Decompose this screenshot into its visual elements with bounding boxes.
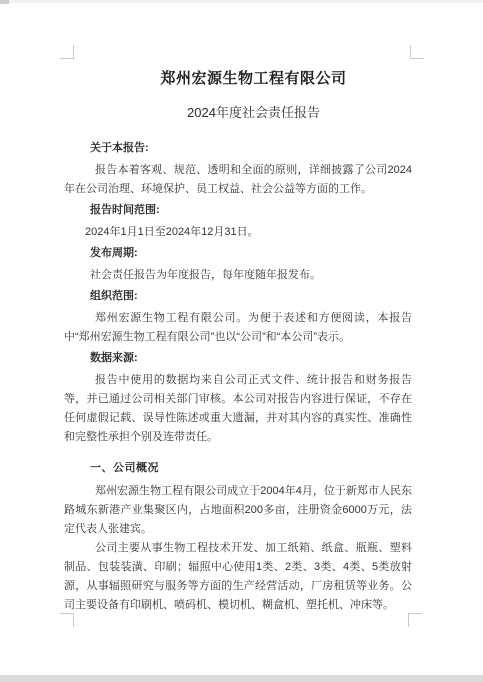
report-section: 组织范围:郑州宏源生物工程有限公司。为便于表述和方便阅读，本报告中“郑州宏源生物… [64,287,412,347]
report-section: 数据来源:报告中使用的数据均来自公司正式文件、统计报告和财务报告等，并已通过公司… [64,349,412,447]
section-paragraph: 社会责任报告为年度报告，每年度随年报发布。 [64,266,412,285]
section-heading: 关于本报告: [64,139,412,158]
text-boundary-mark-top-left [60,45,74,59]
report-section: 发布周期:社会责任报告为年度报告，每年度随年报发布。 [64,244,412,285]
section-paragraph: 郑州宏源生物工程有限公司成立于2004年4月，位于新郑市人民东路城东新港产业集聚… [64,482,412,539]
section-paragraph: 2024年1月1日至2024年12月31日。 [64,223,412,242]
page-top-strip [0,0,483,3]
section-heading: 发布周期: [64,244,412,263]
text-boundary-mark-bottom-right [408,613,422,627]
section-heading: 组织范围: [64,287,412,306]
section-heading: 一、公司概况 [64,459,412,478]
document-page: 郑州宏源生物工程有限公司 2024年度社会责任报告 关于本报告:报告本着客观、规… [0,0,483,682]
section-heading: 报告时间范围: [64,201,412,220]
text-boundary-mark-bottom-left [60,613,74,627]
section-paragraph: 报告中使用的数据均来自公司正式文件、统计报告和财务报告等，并已通过公司相关部门审… [64,371,412,447]
section-heading: 数据来源: [64,349,412,368]
text-boundary-mark-top-right [410,45,424,59]
report-section: 关于本报告:报告本着客观、规范、透明和全面的原则，详细披露了公司2024年在公司… [64,139,412,199]
document-content: 郑州宏源生物工程有限公司 2024年度社会责任报告 关于本报告:报告本着客观、规… [64,58,412,615]
section-paragraph: 郑州宏源生物工程有限公司。为便于表述和方便阅读，本报告中“郑州宏源生物工程有限公… [64,309,412,347]
report-section: 一、公司概况郑州宏源生物工程有限公司成立于2004年4月，位于新郑市人民东路城东… [64,459,412,615]
document-sections: 关于本报告:报告本着客观、规范、透明和全面的原则，详细披露了公司2024年在公司… [64,139,412,615]
section-paragraph: 报告本着客观、规范、透明和全面的原则，详细披露了公司2024年在公司治理、环境保… [64,161,412,199]
screen-corner-artifact [0,0,9,4]
report-section: 报告时间范围:2024年1月1日至2024年12月31日。 [64,201,412,242]
section-paragraph: 公司主要从事生物工程技术开发、加工纸箱、纸盒、瓶瓶、塑料制品、包装装潢、印刷；辐… [64,539,412,615]
document-title: 郑州宏源生物工程有限公司 [64,68,412,89]
page-bottom-strip [0,675,483,682]
document-subtitle: 2024年度社会责任报告 [64,104,412,122]
